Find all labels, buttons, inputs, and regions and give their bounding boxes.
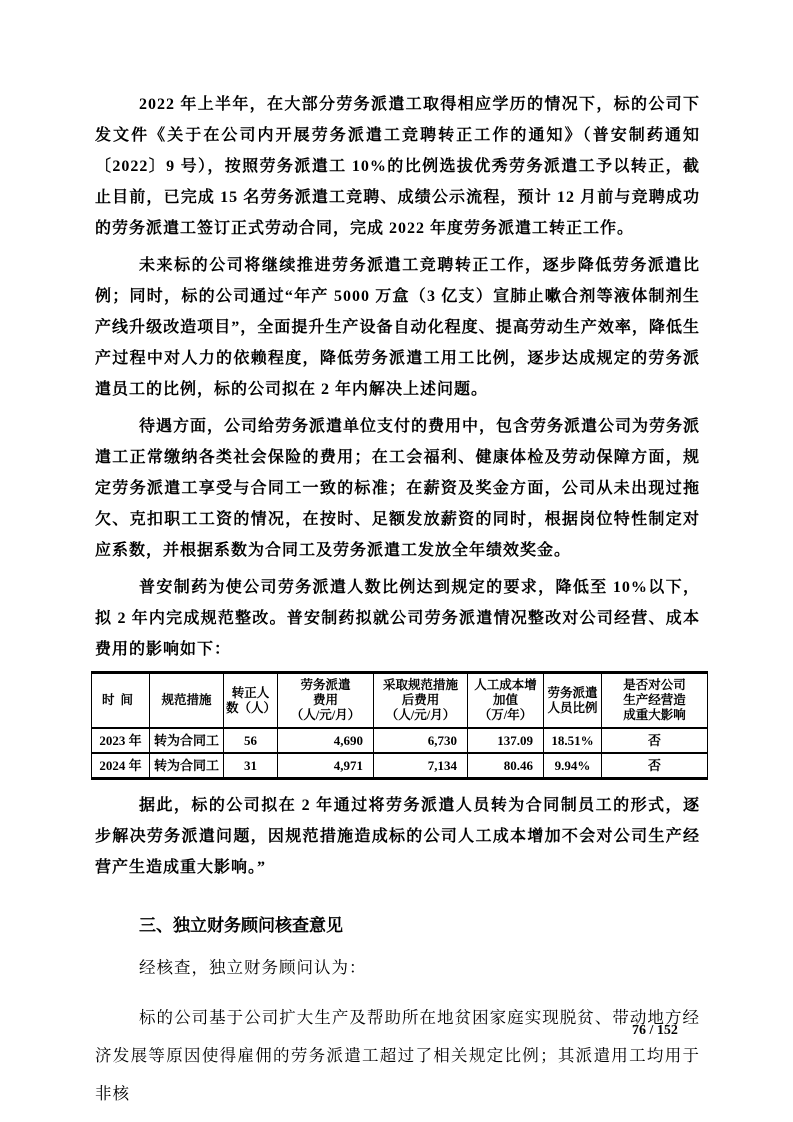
table-cell: 2023 年 — [92, 728, 150, 753]
table-cell: 否 — [602, 753, 708, 779]
table-header-row: 时间 规范措施 转正人数（人） 劳务派遣费用（人/元/月） 采取规范措施后费用（… — [92, 673, 708, 729]
table-row: 2024 年 转为合同工 31 4,971 7,134 80.46 9.94% … — [92, 753, 708, 779]
table-cell: 56 — [224, 728, 278, 753]
paragraph: 未来标的公司将继续推进劳务派遣工竞聘转正工作，逐步降低劳务派遣比例；同时，标的公… — [95, 250, 700, 405]
document-page: 2022 年上半年，在大部分劳务派遣工取得相应学历的情况下，标的公司下发文件《关… — [0, 0, 793, 1122]
table-header-cell: 是否对公司生产经营造成重大影响 — [602, 673, 708, 729]
table-cell: 2024 年 — [92, 753, 150, 779]
table-cell: 137.09 — [468, 728, 544, 753]
paragraph: 2022 年上半年，在大部分劳务派遣工取得相应学历的情况下，标的公司下发文件《关… — [95, 89, 700, 244]
table-cell: 7,134 — [374, 753, 468, 779]
table-row: 2023 年 转为合同工 56 4,690 6,730 137.09 18.51… — [92, 728, 708, 753]
table-cell: 31 — [224, 753, 278, 779]
table-cell: 80.46 — [468, 753, 544, 779]
impact-table: 时间 规范措施 转正人数（人） 劳务派遣费用（人/元/月） 采取规范措施后费用（… — [91, 671, 708, 780]
table-header-cell: 采取规范措施后费用（人/元/月） — [374, 673, 468, 729]
table-header-cell: 规范措施 — [150, 673, 224, 729]
table-cell: 9.94% — [544, 753, 602, 779]
paragraph: 经核查，独立财务顾问认为： — [95, 949, 700, 987]
table-header-cell: 劳务派遣人员比例 — [544, 673, 602, 729]
paragraph: 据此，标的公司拟在 2 年通过将劳务派遣人员转为合同制员工的形式，逐步解决劳务派… — [95, 790, 700, 883]
table-cell: 转为合同工 — [150, 753, 224, 779]
paragraph: 待遇方面，公司给劳务派遣单位支付的费用中，包含劳务派遣公司为劳务派遣工正常缴纳各… — [95, 411, 700, 566]
table-cell: 否 — [602, 728, 708, 753]
paragraph: 标的公司基于公司扩大生产及帮助所在地贫困家庭实现脱贫、带动地方经济发展等原因使得… — [95, 999, 700, 1113]
table-cell: 18.51% — [544, 728, 602, 753]
table-header-cell: 人工成本增加值（万/年） — [468, 673, 544, 729]
table-header-cell: 劳务派遣费用（人/元/月） — [278, 673, 374, 729]
content-area: 2022 年上半年，在大部分劳务派遣工取得相应学历的情况下，标的公司下发文件《关… — [95, 89, 700, 1113]
table-header-cell: 转正人数（人） — [224, 673, 278, 729]
table-cell: 4,690 — [278, 728, 374, 753]
table-cell: 4,971 — [278, 753, 374, 779]
table-cell: 转为合同工 — [150, 728, 224, 753]
paragraph: 普安制药为使公司劳务派遣人数比例达到规定的要求，降低至 10%以下，拟 2 年内… — [95, 572, 700, 665]
page-number: 76 / 152 — [600, 1023, 710, 1039]
section-heading: 三、独立财务顾问核查意见 — [95, 915, 700, 937]
table-cell: 6,730 — [374, 728, 468, 753]
table-header-cell: 时间 — [92, 673, 150, 729]
